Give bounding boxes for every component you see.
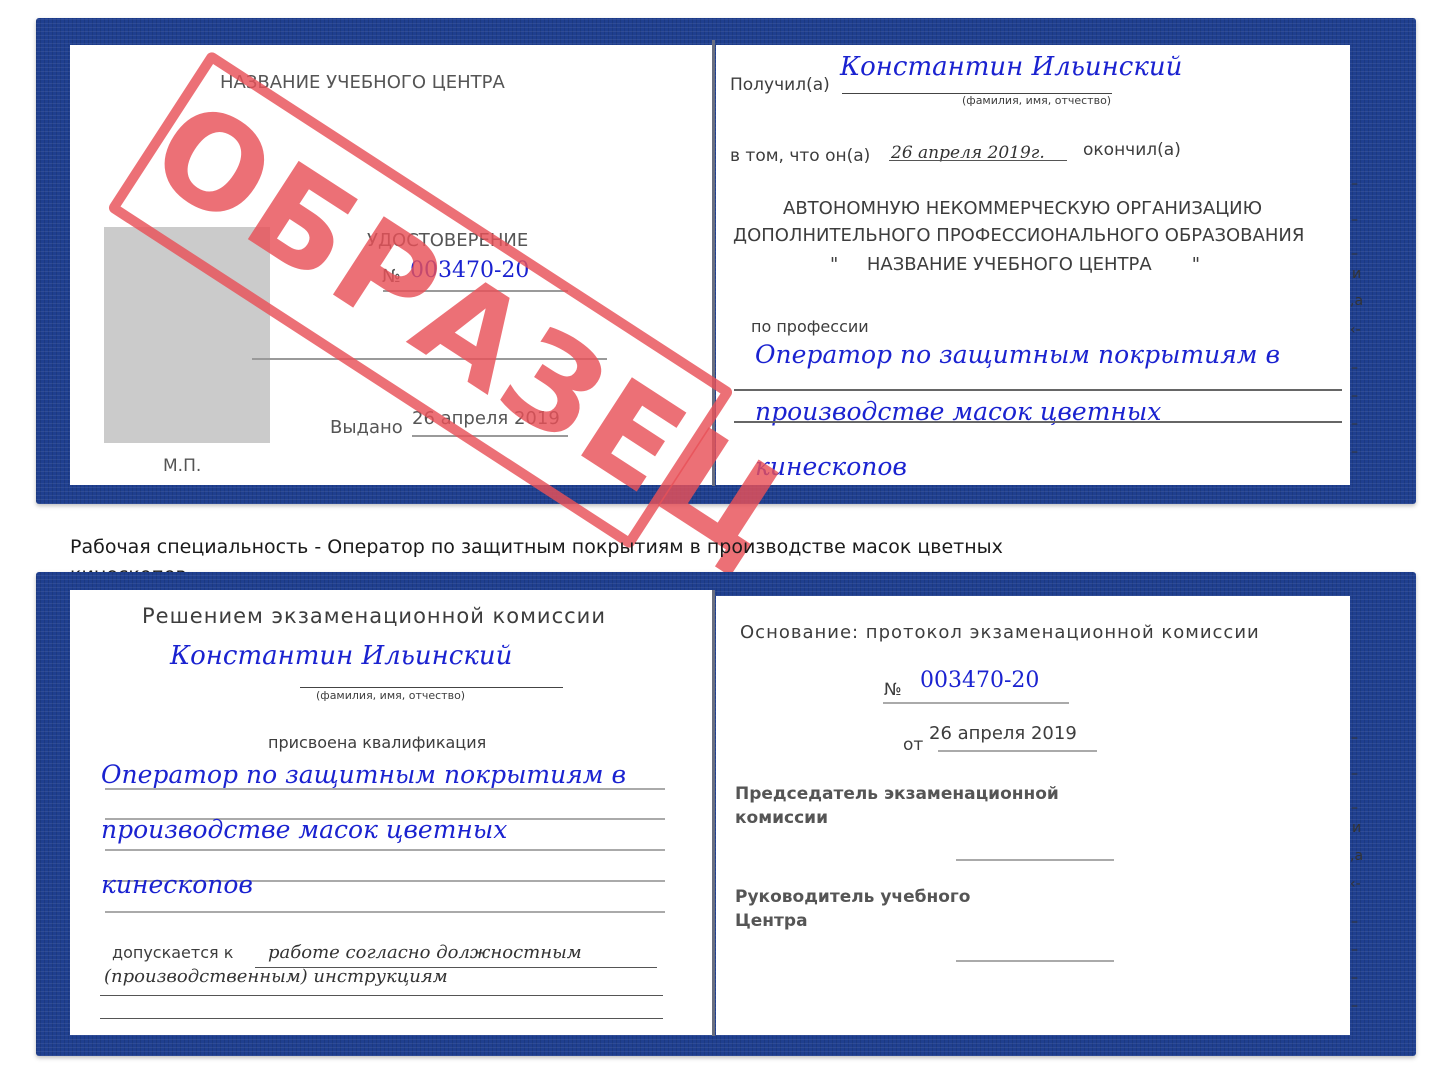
protocol-number-label: №	[884, 680, 902, 700]
head-line-2: Центра	[735, 911, 808, 931]
protocol-date: 26 апреля 2019	[929, 723, 1077, 744]
issued-date: 26 апреля 2019	[412, 408, 560, 429]
edge-mark: –	[1351, 176, 1358, 192]
qualification-line-3: кинескопов	[101, 870, 253, 899]
edge-mark: –	[1351, 970, 1358, 986]
edge-mark: –	[1351, 388, 1358, 404]
basis-text: Основание: протокол экзаменационной коми…	[740, 622, 1260, 643]
blank-underline	[252, 358, 607, 360]
profession-underline-1	[734, 389, 1342, 391]
bottom-spine	[712, 590, 715, 1036]
org-name: НАЗВАНИЕ УЧЕБНОГО ЦЕНТРА	[220, 72, 505, 93]
head-signature-line	[956, 960, 1114, 962]
protocol-date-underline	[938, 750, 1097, 752]
qualification-line-1: Оператор по защитным покрытиям в	[101, 760, 626, 789]
protocol-date-label: от	[903, 735, 923, 755]
number-underline	[383, 290, 568, 292]
that-label: в том, что он(а)	[730, 146, 870, 166]
qualification-underline-3	[105, 849, 665, 851]
qualification-label: присвоена квалификация	[268, 733, 486, 752]
admitted-underline-3	[100, 1018, 663, 1019]
completed-label: окончил(а)	[1083, 140, 1181, 160]
institution-line-3: " НАЗВАНИЕ УЧЕБНОГО ЦЕНТРА "	[830, 254, 1200, 275]
edge-mark: –	[1351, 766, 1358, 782]
edge-mark: –	[1351, 800, 1358, 816]
edge-mark: –	[1351, 246, 1358, 262]
admitted-label: допускается к	[112, 943, 233, 962]
issued-underline	[412, 435, 568, 437]
chairman-signature-line	[956, 859, 1114, 861]
qualification-underline-5	[105, 911, 665, 913]
doc-title: УДОСТОВЕРЕНИЕ	[367, 230, 528, 251]
profession-line-1: Оператор по защитным покрытиям в	[755, 340, 1280, 369]
completion-underline	[889, 160, 1067, 161]
edge-mark: ,a	[1350, 293, 1363, 309]
edge-mark: –	[1351, 360, 1358, 376]
edge-mark: –	[1351, 730, 1358, 746]
edge-mark: –	[1351, 416, 1358, 432]
head-line-1: Руководитель учебного	[735, 887, 970, 907]
cert-number: 003470-20	[410, 258, 529, 283]
edge-mark: –	[1351, 212, 1358, 228]
name-hint-bottom: (фамилия, имя, отчество)	[316, 689, 465, 702]
protocol-number: 003470-20	[920, 668, 1039, 693]
top-spine	[712, 40, 715, 486]
profession-label: по профессии	[751, 317, 869, 336]
edge-mark: –	[1351, 444, 1358, 460]
edge-mark: ,a	[1350, 848, 1363, 864]
recipient-underline-bottom	[300, 687, 563, 688]
edge-mark: ‹-	[1350, 876, 1361, 892]
decision-heading: Решением экзаменационной комиссии	[142, 604, 606, 628]
qualification-line-2: производстве масок цветных	[101, 815, 507, 844]
edge-mark: –	[1351, 998, 1358, 1014]
recipient-name-top: Константин Ильинский	[840, 52, 1182, 82]
admitted-line-2: (производственным) инструкциям	[104, 966, 448, 987]
issued-label: Выдано	[330, 417, 403, 438]
chairman-line-2: комиссии	[735, 808, 828, 828]
edge-mark: –	[1351, 942, 1358, 958]
name-hint-top: (фамилия, имя, отчество)	[962, 94, 1111, 107]
edge-mark: ‹-	[1350, 322, 1361, 338]
number-label: №	[382, 266, 401, 287]
protocol-number-underline	[883, 702, 1069, 704]
seal-label: М.П.	[163, 456, 201, 476]
edge-mark: –	[1351, 914, 1358, 930]
received-label: Получил(а)	[730, 75, 830, 95]
photo-placeholder	[104, 227, 270, 443]
qualification-underline-1	[105, 788, 665, 790]
admitted-underline-2	[100, 995, 663, 996]
profession-line-3: кинескопов	[755, 452, 907, 481]
admitted-line-1: работе согласно должностным	[268, 942, 582, 963]
chairman-line-1: Председатель экзаменационной	[735, 784, 1059, 804]
edge-mark: и	[1352, 820, 1361, 836]
recipient-name-bottom: Константин Ильинский	[170, 641, 512, 671]
profession-underline-2	[734, 421, 1342, 423]
institution-line-2: ДОПОЛНИТЕЛЬНОГО ПРОФЕССИОНАЛЬНОГО ОБРАЗО…	[733, 225, 1304, 246]
institution-line-1: АВТОНОМНУЮ НЕКОММЕРЧЕСКУЮ ОРГАНИЗАЦИЮ	[783, 198, 1262, 219]
edge-mark: и	[1352, 266, 1361, 282]
